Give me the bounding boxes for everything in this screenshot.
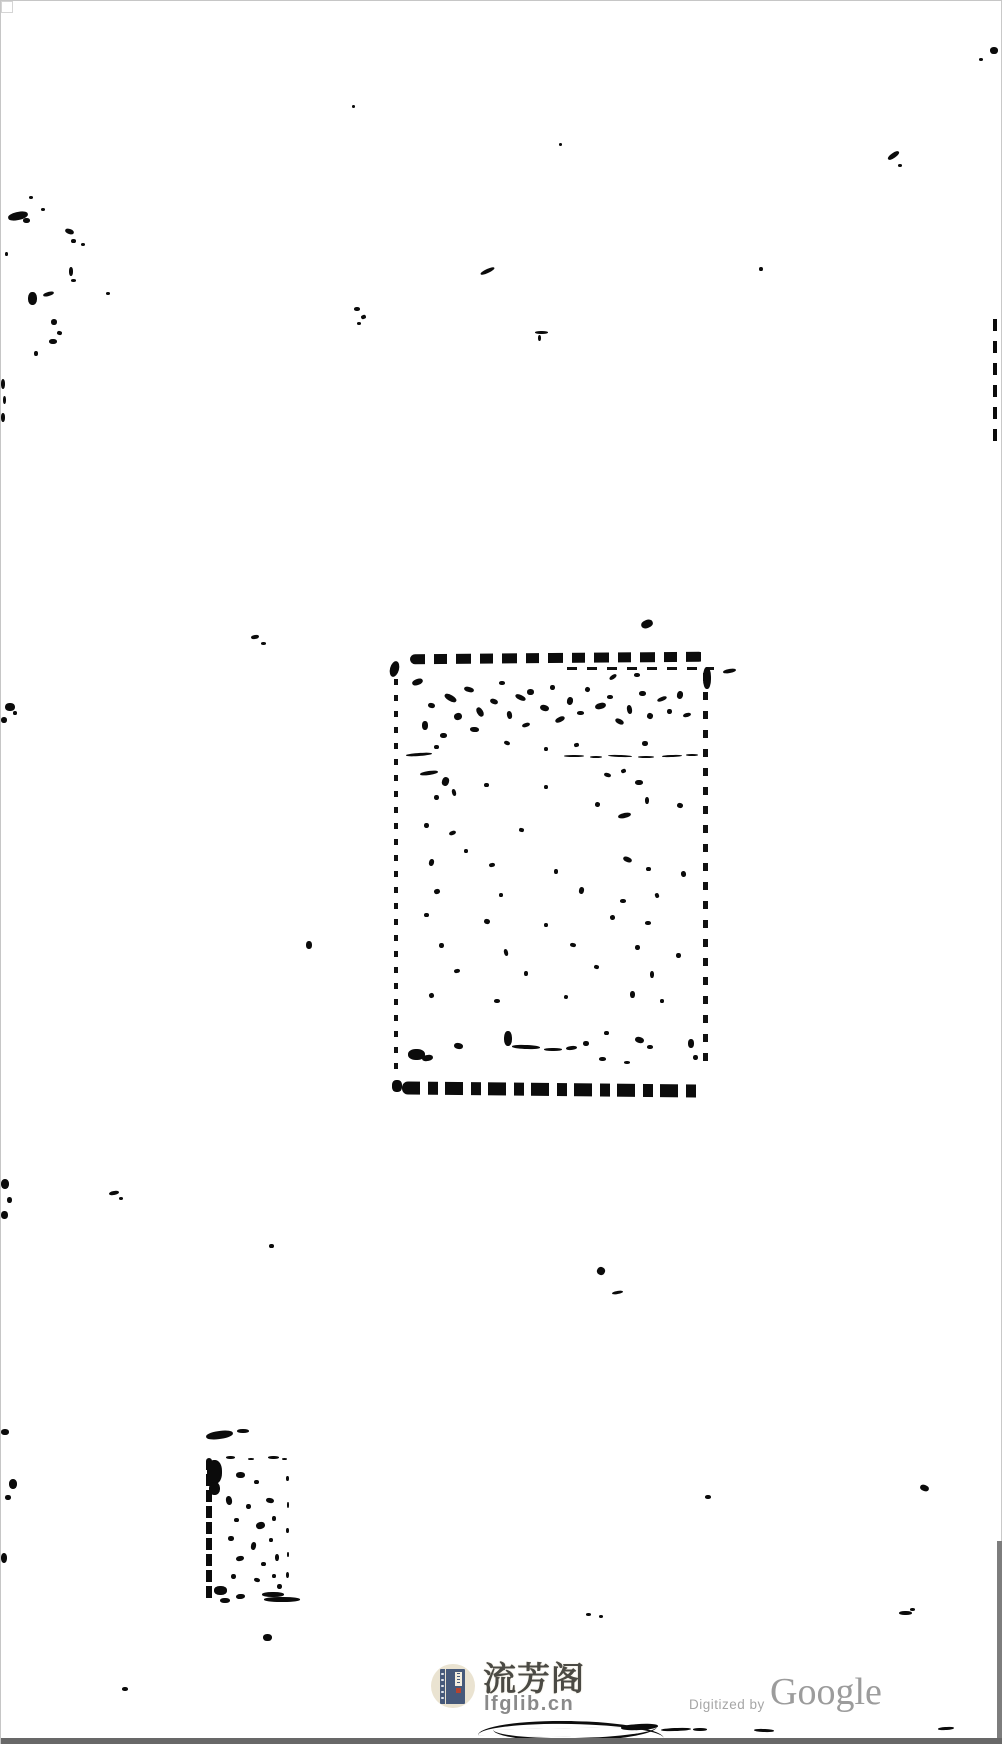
seal-border-bottom [402, 1081, 702, 1097]
book-stitch-dot [441, 1685, 444, 1687]
ink-speck [612, 1290, 623, 1295]
ink-speck [272, 1516, 276, 1521]
ink-speck [544, 747, 548, 751]
ink-speck [638, 756, 654, 758]
ink-speck [990, 47, 998, 54]
ink-speck [660, 999, 664, 1003]
small-seal-impression [206, 1456, 290, 1604]
ink-speck [647, 1045, 653, 1049]
seal-inner-dashed-line [567, 667, 714, 670]
ink-speck [595, 802, 601, 808]
ink-speck [9, 1479, 17, 1489]
ink-speck [231, 1574, 236, 1579]
ink-speck [676, 691, 683, 700]
ink-speck [506, 711, 512, 720]
book-stitch-dot [441, 1697, 444, 1699]
ink-speck [489, 863, 496, 868]
ink-speck [214, 1586, 227, 1595]
ink-speck [57, 330, 63, 335]
ink-speck [269, 1538, 273, 1542]
ink-speck [683, 712, 692, 718]
ink-speck [723, 668, 736, 674]
google-logo-text: Google [770, 1673, 882, 1711]
ink-speck [441, 776, 450, 787]
ink-speck [439, 943, 444, 948]
ink-speck [570, 943, 577, 948]
ink-speck [640, 618, 654, 630]
ink-speck [667, 709, 672, 714]
ink-speck [480, 266, 495, 276]
ink-speck [277, 1584, 282, 1589]
book-stitch-dot [441, 1673, 444, 1675]
ink-speck [559, 143, 562, 146]
ink-speck [5, 703, 15, 711]
ink-speck [440, 733, 447, 738]
ink-speck [475, 706, 485, 718]
ink-speck [676, 953, 681, 958]
ink-speck [574, 743, 580, 748]
ink-speck [424, 823, 429, 828]
ink-speck [228, 1536, 234, 1541]
ink-speck [577, 711, 584, 715]
ink-speck [286, 1572, 289, 1578]
ink-speck [566, 1045, 577, 1050]
ink-speck [657, 695, 668, 702]
ink-speck [544, 785, 548, 789]
ink-speck [1, 1429, 9, 1435]
ink-speck [564, 995, 569, 1000]
ink-speck [282, 1458, 287, 1460]
ink-speck [434, 745, 439, 749]
ink-speck [910, 1608, 915, 1611]
book-stitch-dot [441, 1679, 444, 1681]
ink-speck [527, 689, 534, 695]
ink-speck [275, 1554, 279, 1561]
ink-speck [286, 1476, 289, 1481]
ink-speck [634, 1036, 644, 1044]
seal-corner-blob [703, 667, 711, 689]
ink-speck [514, 693, 526, 702]
ink-speck [422, 721, 428, 730]
ink-speck [979, 58, 983, 61]
ink-speck [51, 319, 57, 325]
ink-speck [646, 867, 651, 871]
ink-speck [596, 1266, 607, 1277]
ink-speck [503, 740, 510, 746]
book-icon [440, 1669, 465, 1704]
ink-speck [236, 1555, 245, 1561]
ink-speck [645, 797, 649, 804]
ink-speck [23, 218, 30, 223]
ink-speck [604, 772, 612, 778]
ink-speck [220, 1598, 230, 1603]
ink-speck [504, 1031, 512, 1046]
ink-speck [522, 722, 531, 728]
ink-speck [360, 314, 366, 319]
ink-speck [306, 941, 312, 949]
ink-speck [269, 1244, 274, 1248]
ink-speck [499, 893, 503, 897]
book-red-seal [456, 1688, 461, 1693]
ink-speck [538, 335, 541, 341]
ink-speck [81, 243, 85, 246]
ink-speck [503, 949, 509, 957]
ink-speck [489, 698, 498, 705]
ink-speck [443, 692, 457, 704]
ink-speck [250, 1542, 256, 1551]
watermark-site-name: 流芳阁 [483, 1662, 585, 1695]
ink-speck [454, 969, 461, 974]
ink-speck [578, 887, 584, 895]
book-title-label [455, 1672, 462, 1686]
ink-speck [453, 712, 463, 721]
ink-speck [428, 702, 436, 708]
ink-speck [264, 1597, 300, 1602]
ink-speck [554, 869, 558, 874]
ink-speck [483, 918, 490, 924]
ink-speck [590, 756, 602, 758]
ink-speck [607, 695, 613, 699]
ink-speck [608, 755, 632, 758]
ink-speck [1, 1179, 9, 1189]
ink-speck [411, 677, 423, 686]
ink-speck [499, 681, 505, 685]
ink-speck [484, 783, 489, 787]
ink-speck [266, 1497, 275, 1503]
ink-speck [119, 1197, 123, 1200]
ink-speck [464, 849, 468, 853]
lfglib-badge [431, 1664, 475, 1708]
ink-speck [454, 1042, 464, 1049]
ink-speck [618, 812, 632, 820]
ink-speck [614, 717, 624, 726]
ink-speck [236, 1472, 245, 1478]
ink-speck [539, 704, 549, 712]
ink-speck [406, 752, 432, 757]
ink-speck [64, 228, 74, 236]
ink-speck [226, 1456, 235, 1459]
seal-corner-blob [392, 1080, 402, 1092]
ink-speck [71, 239, 76, 243]
ink-speck [512, 1045, 540, 1050]
ink-speck [1, 1553, 7, 1563]
ink-speck [639, 691, 646, 696]
ink-speck [29, 196, 33, 199]
ink-speck [938, 1726, 954, 1730]
ink-speck [69, 267, 73, 276]
ink-speck [254, 1577, 261, 1582]
ink-speck [898, 164, 902, 167]
ink-speck [13, 711, 17, 715]
page-bottom-bar [1, 1738, 1002, 1744]
ink-speck [620, 899, 626, 903]
ink-speck [261, 1562, 266, 1566]
ink-speck [43, 291, 55, 298]
book-spine-line [445, 1669, 446, 1704]
ink-speck [754, 1729, 774, 1733]
ink-speck [225, 1496, 232, 1506]
ink-speck [422, 1054, 434, 1062]
ink-speck [433, 888, 440, 894]
ink-speck [693, 1055, 698, 1060]
ink-speck [3, 396, 6, 404]
watermark-site-domain: lfglib.cn [484, 1694, 574, 1714]
ink-speck [71, 279, 76, 282]
ink-speck [544, 923, 548, 927]
ink-speck [428, 992, 434, 998]
ink-speck [626, 705, 632, 715]
ink-speck [41, 208, 45, 211]
ink-speck [620, 768, 626, 773]
large-seal-impression [394, 653, 708, 1096]
ink-speck [1, 1211, 8, 1219]
ink-speck [207, 1460, 222, 1484]
ink-speck [237, 1429, 249, 1433]
ink-speck [470, 727, 479, 733]
ink-speck [234, 1518, 239, 1522]
ink-speck [686, 754, 698, 756]
book-stitch-dot [441, 1691, 444, 1693]
ink-speck [287, 1552, 289, 1557]
ink-speck [357, 322, 361, 325]
ink-speck [899, 1611, 912, 1615]
ink-speck [688, 1039, 694, 1048]
ink-speck [604, 1031, 609, 1035]
ink-speck [424, 913, 429, 917]
ink-speck [550, 685, 555, 690]
ink-speck [263, 1634, 272, 1641]
ink-speck [209, 1482, 220, 1495]
ink-speck [759, 267, 763, 271]
scanned-book-page: 流芳阁 lfglib.cn Digitized by Google [0, 0, 1002, 1744]
seal-border-right [703, 673, 708, 1068]
ink-speck [583, 1041, 589, 1046]
ink-speck [255, 1521, 266, 1530]
ink-speck [622, 855, 632, 863]
ink-speck [109, 1190, 120, 1196]
ink-speck [677, 802, 684, 808]
ink-speck [645, 921, 651, 925]
ink-speck [34, 351, 38, 356]
ink-speck [268, 1456, 279, 1459]
ink-speck [352, 105, 355, 108]
ink-speck [7, 1197, 12, 1203]
ink-speck [661, 1727, 691, 1731]
ink-speck [599, 1615, 603, 1618]
ink-speck [554, 715, 565, 724]
ink-speck [599, 1057, 606, 1061]
ink-speck [254, 1480, 259, 1484]
ink-speck [564, 755, 584, 757]
seal-border-top [410, 652, 704, 665]
ink-speck [5, 252, 8, 256]
ink-speck [236, 1594, 245, 1600]
ink-speck [524, 971, 528, 976]
ink-speck [586, 1613, 591, 1616]
ink-speck [681, 871, 687, 878]
ink-speck [354, 307, 360, 311]
ink-speck [434, 795, 439, 800]
ink-speck [646, 712, 653, 719]
ink-speck [272, 1574, 276, 1578]
ink-speck [662, 755, 682, 758]
ink-speck [5, 1495, 11, 1500]
ink-speck [635, 945, 640, 950]
ink-speck [420, 770, 438, 776]
ink-speck [610, 915, 616, 921]
ink-speck [122, 1687, 128, 1691]
ink-speck [519, 828, 525, 833]
ink-speck [919, 1484, 930, 1493]
ink-speck [246, 1504, 251, 1509]
ink-speck [887, 150, 901, 162]
ink-speck [566, 697, 573, 706]
ink-speck [106, 292, 110, 295]
ink-speck [693, 1728, 707, 1731]
ink-speck [642, 741, 648, 746]
ink-speck [705, 1495, 711, 1499]
ink-speck [609, 673, 618, 681]
ink-speck [635, 780, 643, 785]
ink-speck [535, 331, 548, 334]
ink-speck [544, 1048, 562, 1051]
ink-speck [449, 830, 457, 836]
right-edge-ink-line [993, 319, 997, 445]
ink-speck [28, 292, 37, 305]
ink-speck [654, 892, 659, 898]
ink-speck [650, 971, 654, 978]
ink-speck [594, 702, 606, 711]
ink-speck [286, 1528, 289, 1533]
ink-speck [1, 413, 5, 422]
ink-speck [584, 686, 591, 693]
ink-speck [451, 789, 457, 797]
ink-speck [261, 642, 266, 645]
ink-speck [251, 634, 260, 639]
ink-speck [248, 1458, 254, 1460]
ink-speck [630, 991, 635, 998]
ink-speck [594, 964, 600, 969]
ink-speck [634, 673, 640, 677]
ink-speck [1, 379, 5, 389]
ink-speck [464, 686, 475, 693]
ink-speck [287, 1502, 289, 1508]
ink-speck [1, 717, 7, 723]
ink-speck [624, 1061, 630, 1064]
seal-border-left [394, 679, 398, 1074]
ink-speck [206, 1429, 234, 1441]
ink-speck [494, 999, 500, 1003]
ink-speck [49, 339, 57, 344]
digitized-by-text: Digitized by [689, 1697, 765, 1712]
ink-speck [428, 858, 435, 866]
